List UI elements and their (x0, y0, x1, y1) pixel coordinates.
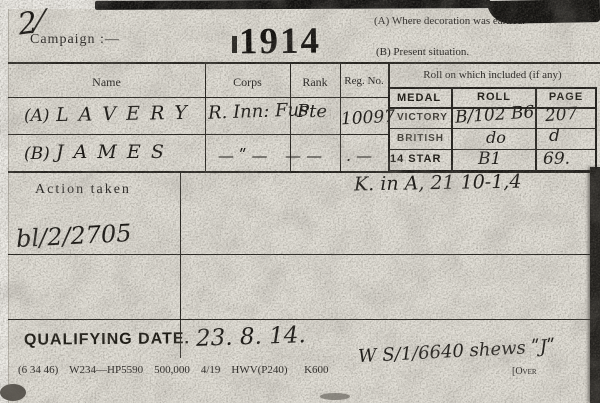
medal-victory-stamp: VICTORY (397, 112, 448, 123)
rank-ditto: — — (285, 146, 322, 165)
roll-col-roll: ROLL (453, 91, 535, 103)
corps-value: R. Inn: Fus (208, 99, 309, 123)
col-header-rank: Rank (290, 75, 340, 90)
roll-table-title: Roll on which included (if any) (388, 69, 597, 81)
qualifying-date-value: 23. 8. 14. (196, 322, 307, 352)
illegible-vertical-stamp (232, 36, 237, 53)
rule-middle-2 (8, 319, 594, 320)
star-roll-value: B1 (478, 149, 501, 169)
row-a-prefix: (A) (24, 106, 50, 126)
col-header-name: Name (8, 75, 205, 90)
rank-value: Pte (297, 101, 327, 122)
over-label: [Over (512, 366, 537, 377)
star-page-value: 69. (543, 149, 570, 169)
service-table-headerline (8, 97, 388, 98)
col-header-regno: Reg. No. (340, 75, 388, 87)
qualifying-date-label: QUALIFYING DATE. (24, 330, 190, 349)
rule-middle-1 (8, 254, 594, 255)
medal-14star-stamp: 14 STAR (390, 153, 441, 165)
col-header-corps: Corps (205, 75, 290, 90)
corps-ditto: — ʺ — (218, 146, 268, 165)
british-roll-ditto: do (486, 128, 506, 147)
campaign-year-stamp: 1914 (239, 20, 321, 64)
rule-header-bottom (8, 62, 600, 64)
medal-british-stamp: BRITISH (397, 133, 444, 144)
action-taken-label: Action taken (35, 182, 131, 198)
note-a-where-decoration-earned: (A) Where decoration was earned. (374, 15, 525, 27)
service-table-rowline-a (8, 134, 388, 135)
note-b-present-situation: (B) Present situation. (376, 46, 469, 58)
scan-edge-bar-top (95, 0, 490, 10)
british-page-ditto: d (549, 126, 560, 146)
victory-page-value: 207 (544, 104, 578, 126)
medal-index-card-scan: 2⁄ Campaign :— 1914 (A) Where decoration… (0, 0, 600, 403)
killed-in-action-note: K. in A, 21 10-1,4 (354, 171, 522, 196)
forename-value: J A M E S (56, 141, 166, 163)
roll-col-medal: MEDAL (397, 92, 441, 104)
roll-col-page: PAGE (537, 91, 595, 103)
surname-value: L A V E R Y (56, 102, 189, 126)
form-print-code: (6 34 46) W234—HP5590 500,000 4/19 HWV(P… (18, 364, 329, 376)
row-b-prefix: (B) (24, 144, 50, 164)
scan-smudge-bottom (320, 393, 350, 400)
scan-edge-band-right (590, 167, 600, 403)
regno-ditto: . — (346, 146, 372, 165)
scan-smudge-bottom-left (0, 384, 26, 401)
campaign-label: Campaign :— (30, 32, 120, 48)
